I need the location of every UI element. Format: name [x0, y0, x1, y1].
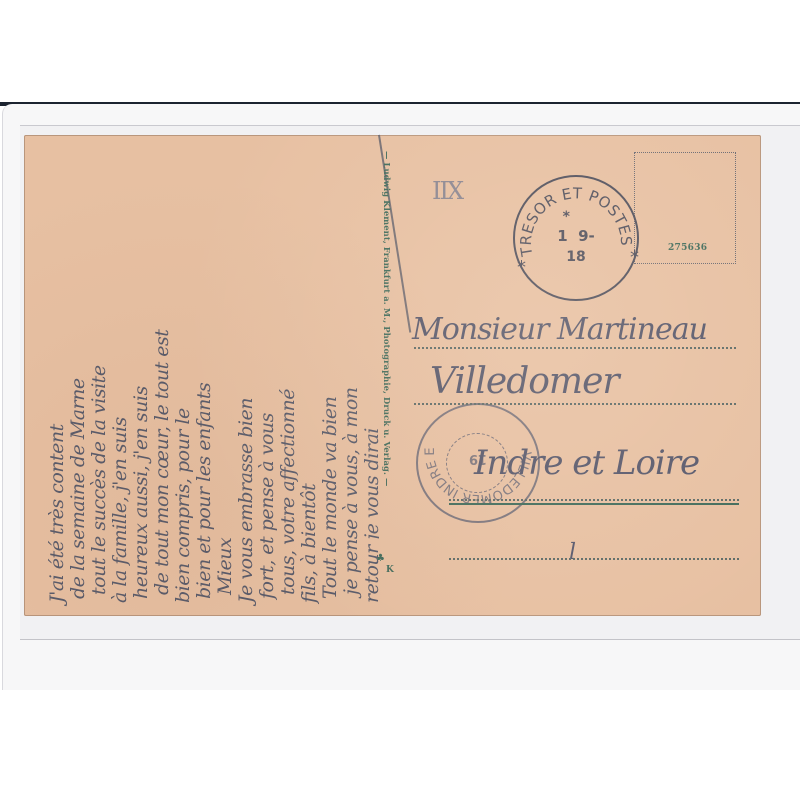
sleeve-top-edge	[20, 125, 800, 126]
address-line-4: l	[569, 540, 576, 565]
message-line: à la famille, j'en suis	[109, 417, 131, 603]
message-line: je pense à vous, à mon	[340, 387, 362, 595]
message-line: retour je vous dirai	[361, 428, 379, 603]
clover-icon: ♣	[376, 553, 385, 564]
margin-note: IIX	[432, 177, 462, 205]
message-line: Mieux	[214, 538, 236, 595]
sleeve-bottom-edge	[20, 639, 800, 640]
publisher-imprint-text: — Ludwig Klement, Frankfurt a. M., Photo…	[382, 151, 392, 487]
address-line-3: Indre et Loire	[474, 443, 699, 483]
stamp-box-number: 275636	[668, 243, 707, 253]
message-line: tous, votre affectionné	[277, 389, 299, 595]
message-line: de la semaine de Marne	[67, 378, 89, 599]
postcard: J'ai été très contentde la semaine de Ma…	[24, 135, 761, 616]
message-line: bien et pour les enfants	[193, 383, 215, 599]
address-rule-2	[414, 403, 736, 405]
postmark-tresor-et-postes: TRESOR ET POSTES * 1 9- 18 * *	[513, 175, 639, 301]
message-line: tout le succès de la visite	[88, 365, 110, 595]
message-line: heureux aussi, j'en suis	[130, 386, 152, 599]
postmark-star: *	[630, 247, 639, 268]
message-line: bien compris, pour le	[172, 408, 194, 603]
address-line-1: Monsieur Martineau	[412, 312, 707, 347]
address-rule-1	[414, 347, 736, 349]
postmark-year: 18	[515, 249, 637, 265]
message-line: fort, et pense à vous	[256, 413, 278, 599]
message-line: Tout le monde va bien	[319, 397, 341, 599]
message-line: J'ai été très content	[46, 424, 68, 603]
postmark-date: 1 9-	[515, 227, 637, 245]
message-line: fils, à bientôt	[298, 484, 320, 603]
address-rule-4	[449, 558, 739, 560]
message-line: Je vous embrasse bien	[235, 398, 257, 603]
postmark-star: *	[515, 209, 637, 225]
address-line-2: Villedomer	[430, 361, 619, 402]
address-rule-3-solid	[449, 503, 739, 505]
publisher-imprint: — Ludwig Klement, Frankfurt a. M., Photo…	[380, 151, 394, 591]
postmark-star: *	[517, 257, 526, 278]
message-line: de tout mon cœur, le tout est	[151, 330, 173, 595]
address-rule-3	[449, 499, 739, 501]
handwritten-message: J'ai été très contentde la semaine de Ma…	[24, 135, 379, 616]
publisher-mark: K	[386, 565, 394, 575]
